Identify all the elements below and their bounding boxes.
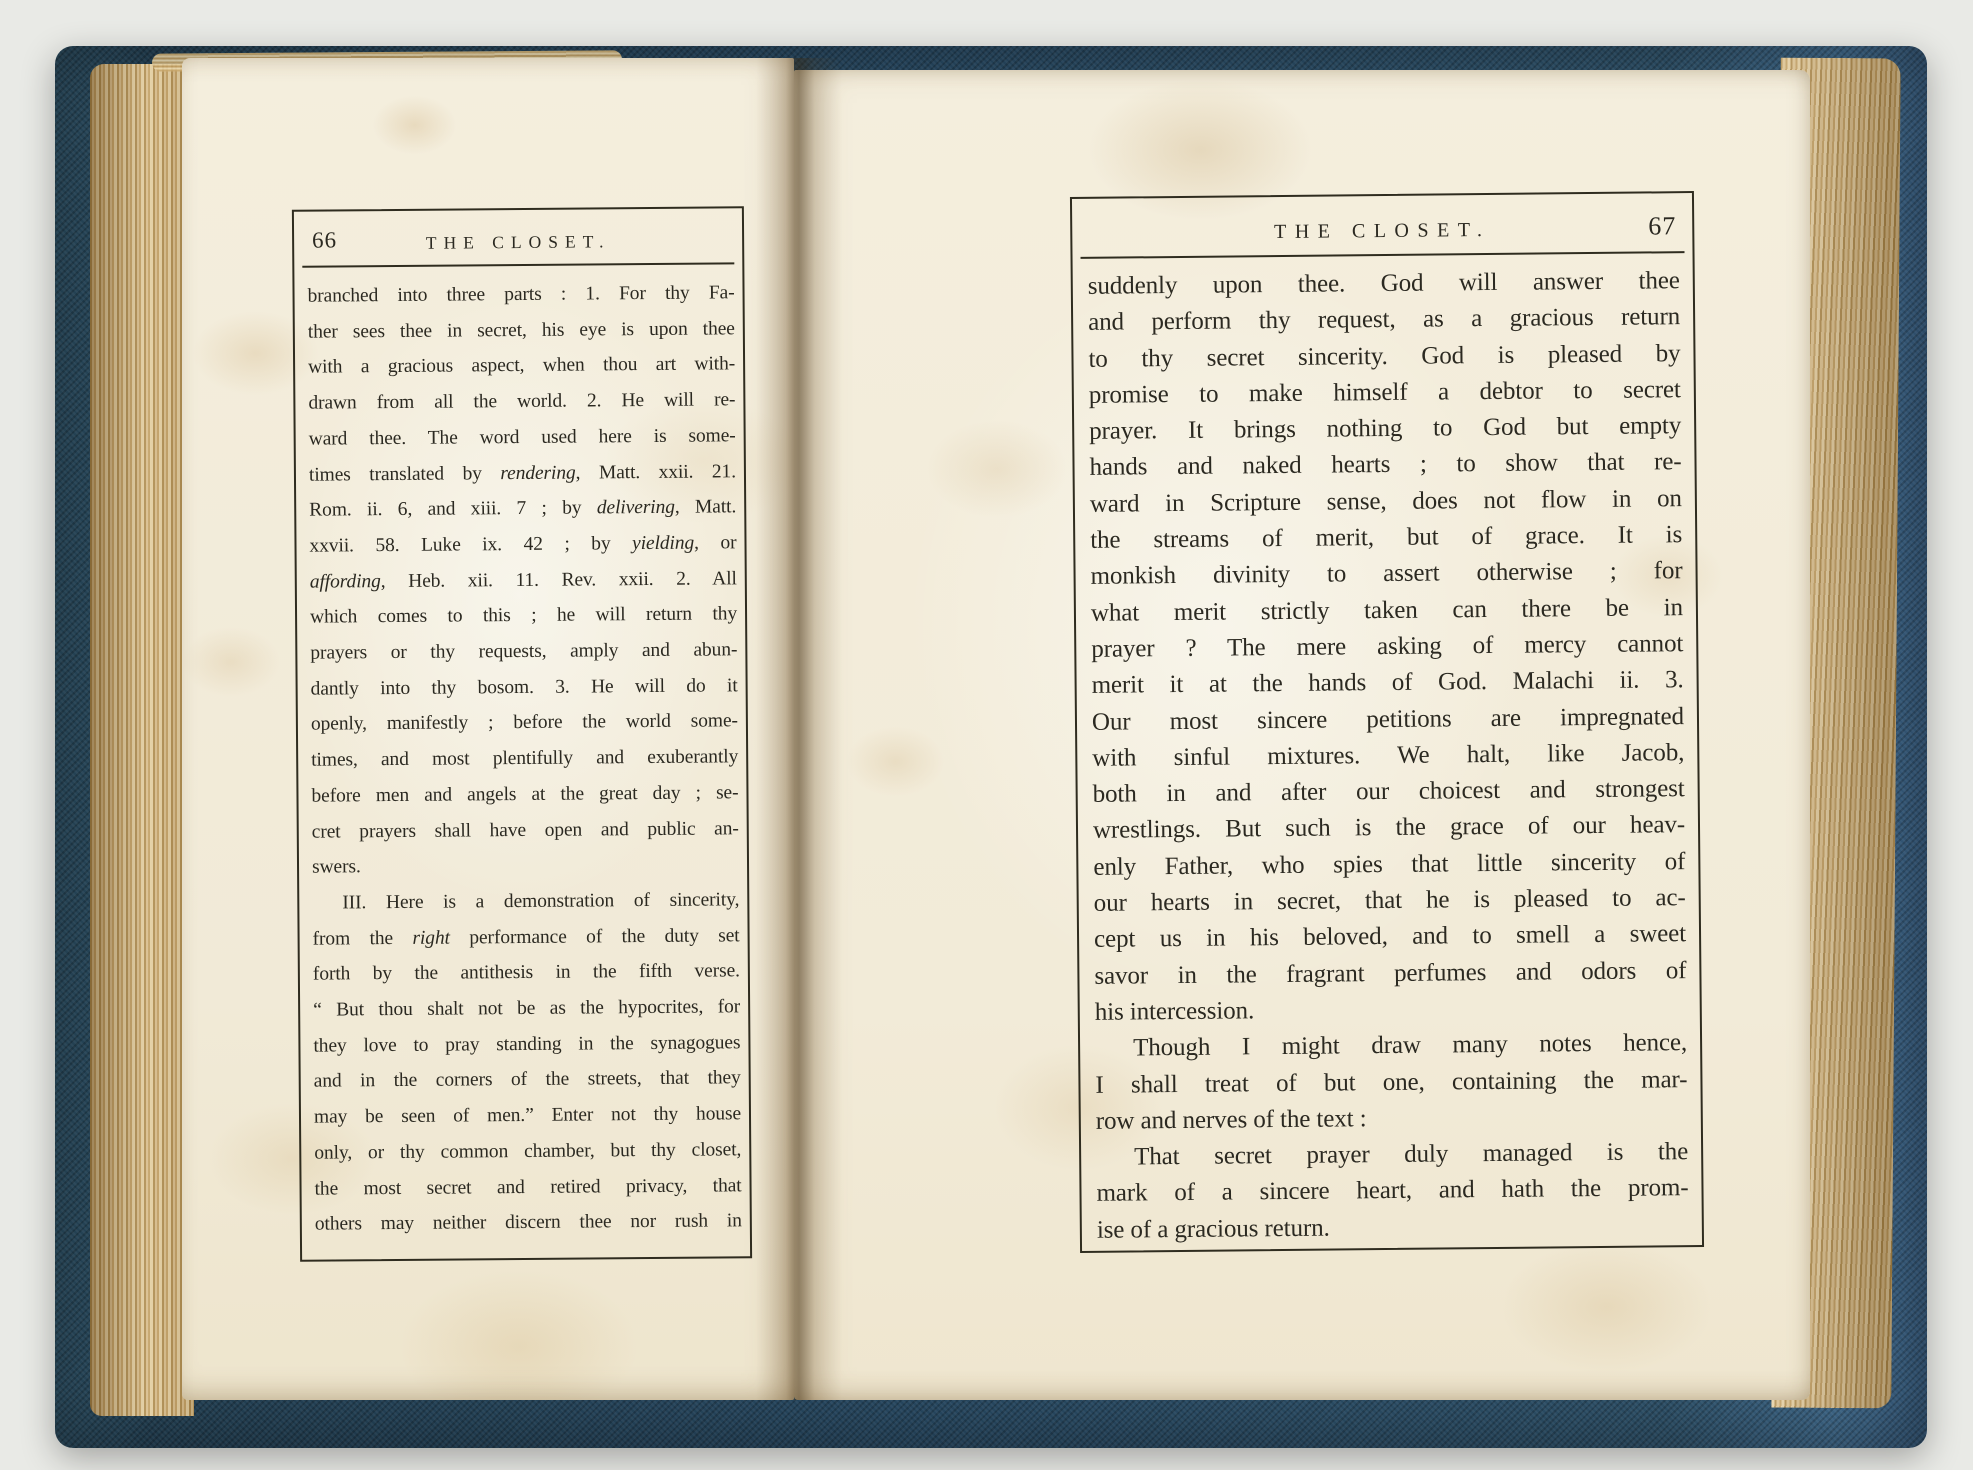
text-line: prayers or thy requests, amply and abun- bbox=[310, 632, 737, 671]
text-line: to thy secret sincerity. God is pleased … bbox=[1088, 336, 1680, 378]
book-photo-scene: 66 THE CLOSET. branched into three parts… bbox=[0, 0, 1973, 1470]
left-text-frame: 66 THE CLOSET. branched into three parts… bbox=[292, 206, 752, 1262]
running-title-right: THE CLOSET. bbox=[1072, 217, 1692, 246]
text-line: Rom. ii. 6, and xiii. 7 ; by delivering,… bbox=[309, 490, 736, 529]
text-line: Though I might draw many notes hence, bbox=[1095, 1025, 1687, 1067]
text-line: Our most sincere petitions are impregnat… bbox=[1092, 699, 1684, 741]
text-line: others may neither discern thee nor rush… bbox=[315, 1204, 742, 1243]
right-page-header: THE CLOSET. 67 bbox=[1072, 193, 1693, 257]
text-line: openly, manifestly ; before the world so… bbox=[311, 704, 738, 743]
text-line: hands and naked hearts ; to show that re… bbox=[1089, 445, 1681, 487]
text-line: branched into three parts : 1. For thy F… bbox=[307, 275, 734, 314]
text-line: row and nerves of the text : bbox=[1096, 1098, 1688, 1140]
gutter-shadow bbox=[756, 58, 842, 1400]
text-line: they love to pray standing in the synago… bbox=[313, 1025, 740, 1064]
text-line: dantly into thy bosom. 3. He will do it bbox=[311, 668, 738, 707]
text-line: monkish divinity to assert otherwise ; f… bbox=[1090, 554, 1682, 596]
text-line: swers. bbox=[312, 847, 739, 886]
text-line: That secret prayer duly managed is the bbox=[1096, 1134, 1688, 1176]
text-line: wrestlings. But such is the grace of our… bbox=[1093, 808, 1685, 850]
right-page-text: suddenly upon thee. God will answer thee… bbox=[1073, 253, 1702, 1249]
text-line: promise to make himself a debtor to secr… bbox=[1089, 372, 1681, 414]
right-text-frame: THE CLOSET. 67 suddenly upon thee. God w… bbox=[1070, 191, 1704, 1253]
text-line: may be seen of men.” Enter not thy house bbox=[314, 1096, 741, 1135]
text-line: forth by the antithesis in the fifth ver… bbox=[313, 954, 740, 993]
page-number-right: 67 bbox=[1648, 211, 1676, 241]
left-page-text: branched into three parts : 1. For thy F… bbox=[294, 264, 750, 1242]
text-line: with sinful mixtures. We halt, like Jaco… bbox=[1092, 735, 1684, 777]
text-line: and perform thy request, as a gracious r… bbox=[1088, 299, 1680, 341]
text-line: ward thee. The word used here is some- bbox=[309, 418, 736, 457]
text-line: our hearts in secret, that he is pleased… bbox=[1094, 880, 1686, 922]
text-line: his intercession. bbox=[1095, 989, 1687, 1031]
text-line: suddenly upon thee. God will answer thee bbox=[1088, 263, 1680, 305]
text-line: affording, Heb. xii. 11. Rev. xxii. 2. A… bbox=[310, 561, 737, 600]
left-page-header: 66 THE CLOSET. bbox=[294, 208, 742, 266]
text-line: from the right performance of the duty s… bbox=[312, 918, 739, 957]
text-line: with a gracious aspect, when thou art wi… bbox=[308, 347, 735, 386]
text-line: ward in Scripture sense, does not flow i… bbox=[1090, 481, 1682, 523]
text-line: prayer. It brings nothing to God but emp… bbox=[1089, 408, 1681, 450]
text-line: III. Here is a demonstration of sincerit… bbox=[312, 882, 739, 921]
text-line: and in the corners of the streets, that … bbox=[314, 1061, 741, 1100]
text-line: mark of a sincere heart, and hath the pr… bbox=[1096, 1171, 1688, 1213]
text-line: both in and after our choicest and stron… bbox=[1093, 771, 1685, 813]
text-line: which comes to this ; he will return thy bbox=[310, 597, 737, 636]
text-line: ise of a gracious return. bbox=[1097, 1207, 1689, 1249]
text-line: times, and most plentifully and exuberan… bbox=[311, 739, 738, 778]
text-line: cept us in his beloved, and to smell a s… bbox=[1094, 916, 1686, 958]
page-edges-left bbox=[90, 64, 194, 1416]
text-line: enly Father, who spies that little since… bbox=[1093, 844, 1685, 886]
text-line: “ But thou shalt not be as the hypocrite… bbox=[313, 989, 740, 1028]
text-line: the most secret and retired privacy, tha… bbox=[314, 1168, 741, 1207]
text-line: the streams of merit, but of grace. It i… bbox=[1090, 517, 1682, 559]
text-line: xxvii. 58. Luke ix. 42 ; by yielding, or bbox=[309, 525, 736, 564]
text-line: only, or thy common chamber, but thy clo… bbox=[314, 1132, 741, 1171]
text-line: before men and angels at the great day ;… bbox=[311, 775, 738, 814]
running-title-left: THE CLOSET. bbox=[294, 230, 742, 255]
text-line: times translated by rendering, Matt. xxi… bbox=[309, 454, 736, 493]
text-line: prayer ? The mere asking of mercy cannot bbox=[1091, 626, 1683, 668]
text-line: merit it at the hands of God. Malachi ii… bbox=[1091, 662, 1683, 704]
text-line: what merit strictly taken can there be i… bbox=[1091, 590, 1683, 632]
text-line: drawn from all the world. 2. He will re- bbox=[308, 382, 735, 421]
text-line: savor in the fragrant perfumes and odors… bbox=[1094, 953, 1686, 995]
text-line: ther sees thee in secret, his eye is upo… bbox=[308, 311, 735, 350]
text-line: cret prayers shall have open and public … bbox=[312, 811, 739, 850]
text-line: I shall treat of but one, containing the… bbox=[1095, 1062, 1687, 1104]
